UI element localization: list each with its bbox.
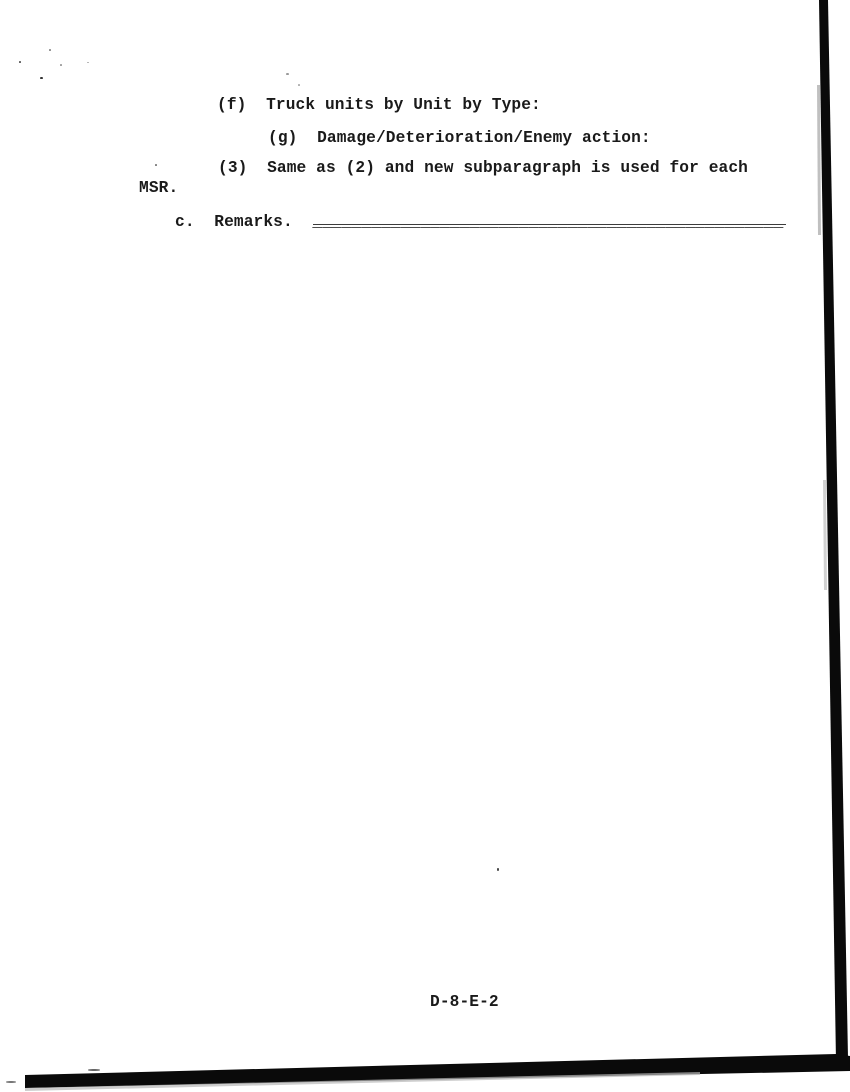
paragraph-item-3-continuation: MSR. (139, 178, 178, 198)
right-scan-edge-bar (819, 0, 848, 1062)
scan-speck (298, 84, 300, 86)
bottom-scan-edge-bar (25, 1054, 850, 1088)
scan-fringe (25, 1072, 700, 1091)
scan-speck (40, 77, 43, 79)
scan-speck (286, 73, 289, 75)
scan-fringe (823, 480, 827, 590)
scan-speck (49, 49, 51, 51)
scan-speck (87, 62, 89, 63)
scan-speck (155, 164, 157, 166)
scan-speck (88, 1069, 100, 1071)
paragraph-item-g: (g) Damage/Deterioration/Enemy action: (268, 128, 651, 148)
scan-speck (60, 64, 62, 66)
scan-speck (19, 61, 21, 63)
remarks-blank-line-rule (313, 224, 786, 225)
page-number: D-8-E-2 (430, 992, 499, 1012)
scan-speck (6, 1081, 16, 1083)
scanned-document-page: (f) Truck units by Unit by Type: (g) Dam… (0, 0, 850, 1092)
scan-fringe (817, 85, 821, 235)
remarks-line: c. Remarks. ____________________________… (175, 212, 783, 232)
paragraph-item-3: (3) Same as (2) and new subparagraph is … (218, 158, 748, 178)
scan-speck (497, 868, 499, 871)
paragraph-item-f: (f) Truck units by Unit by Type: (217, 95, 541, 115)
